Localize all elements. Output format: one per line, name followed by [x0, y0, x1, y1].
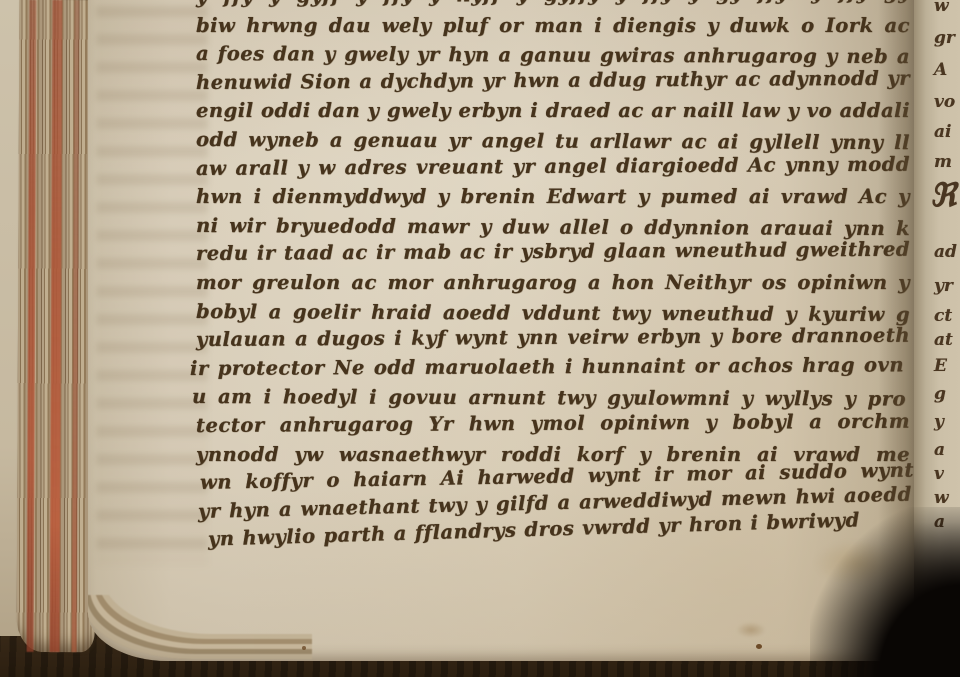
cropped-word-fragment: g [934, 384, 946, 404]
cropped-word-fragment: at [934, 330, 953, 350]
ink-speck [302, 646, 306, 650]
manuscript-line: aw arall y w adres vreuant yr angel diar… [196, 150, 910, 183]
ink-speck [756, 644, 762, 649]
cropped-word-fragment: yr [934, 276, 953, 296]
cropped-word-fragment: vo [934, 92, 955, 112]
cropped-word-fragment: A [934, 60, 947, 80]
manuscript-page: y ffy y gyff y ffy y hyff y gyffy y ffy … [88, 0, 916, 661]
cropped-word-fragment: ct [934, 306, 952, 326]
manuscript-line: hwn i dienmyddwyd y brenin Edwart y pume… [196, 183, 910, 212]
manuscript-line: mor greulon ac mor anhrugarog a hon Neit… [196, 269, 910, 298]
manuscript-line: tector anhrugarog Yr hwn ymol opiniwn y … [196, 408, 910, 441]
manuscript-line: redu ir taad ac ir mab ac ir ysbryd glaa… [196, 236, 910, 269]
cropped-word-fragment: ad [934, 242, 957, 262]
manuscript-line: henuwid Sion a dychdyn yr hwn a ddug rut… [196, 64, 910, 97]
cropped-word-fragment: w [934, 488, 949, 508]
manuscript-line-cropped: y ffy y gyff y ffy y hyff y gyffy y ffy … [196, 0, 910, 12]
cropped-word-fragment: gr [934, 28, 955, 48]
bottom-right-shadow [810, 507, 960, 677]
red-edge-streak [50, 0, 63, 652]
manuscript-photo: y ffy y gyff y ffy y hyff y gyffy y ffy … [0, 0, 960, 677]
manuscript-line: ir protector Ne odd maruolaeth i hunnain… [190, 351, 904, 383]
cropped-word-fragment: v [934, 464, 944, 484]
cropped-flourish-initial: ℜ [930, 176, 956, 214]
book-fore-edge [17, 0, 98, 652]
cropped-word-fragment: E [934, 356, 947, 376]
ink-show-through [96, 6, 208, 566]
manuscript-line: biw hrwng dau wely pluf or man i diengis… [196, 12, 910, 41]
cropped-word-fragment: w [934, 0, 949, 16]
red-edge-streak [72, 0, 80, 652]
cropped-word-fragment: a [934, 440, 945, 460]
manuscript-line: yulauan a dugos i kyf wynt ynn veirw erb… [196, 322, 910, 355]
red-edge-streak [27, 0, 37, 652]
cropped-word-fragment: y [934, 412, 944, 432]
text-block: y ffy y gyff y ffy y hyff y gyffy y ffy … [196, 0, 910, 555]
manuscript-line: engil oddi dan y gwely erbyn i draed ac … [196, 97, 910, 126]
cropped-word-fragment: m [934, 152, 952, 172]
cropped-word-fragment: ai [934, 122, 951, 142]
page-corner-curl [88, 595, 312, 659]
parchment-stain [736, 622, 766, 638]
